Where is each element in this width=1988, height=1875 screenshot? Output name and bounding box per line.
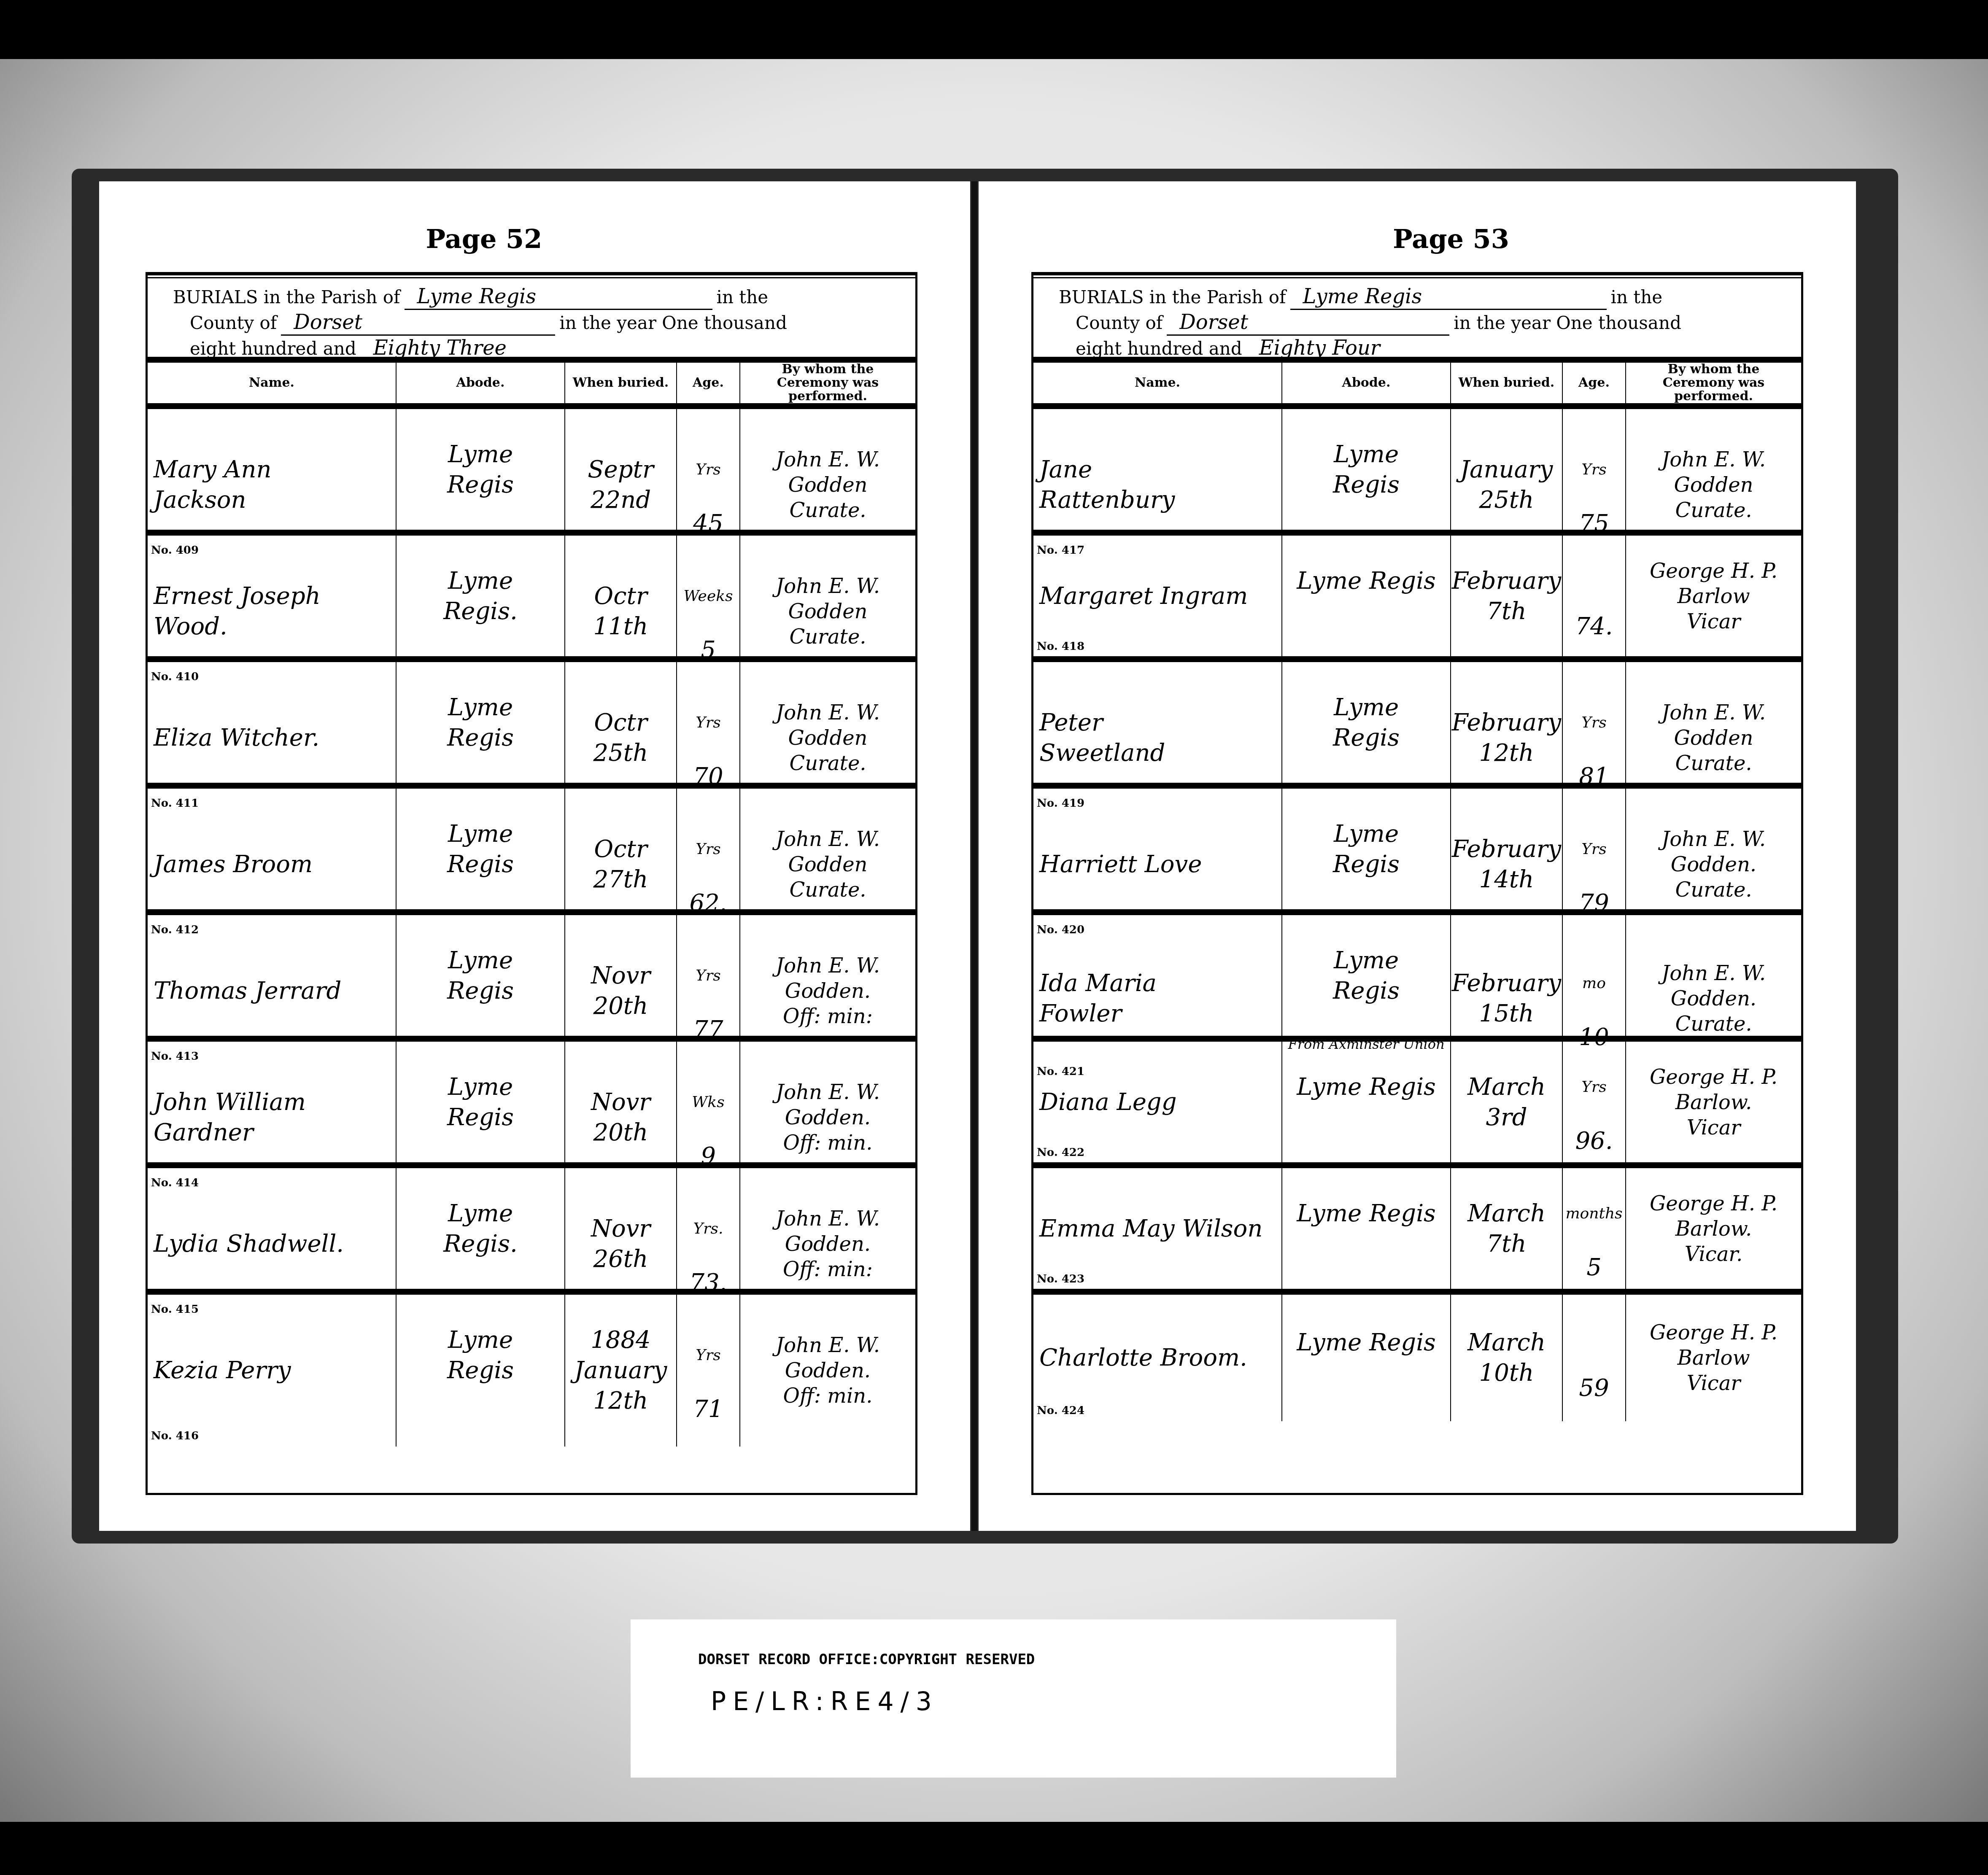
abode-text: Lyme Regis (1333, 692, 1400, 753)
table-row: Thomas Jerrard No. 413 Lyme Regis Novr 2… (148, 915, 915, 1042)
name-text: Jane Rattenbury (1039, 455, 1175, 515)
entry-number: No. 416 (151, 1430, 199, 1441)
parish-label: BURIALS in the Parish of (1059, 285, 1286, 310)
entries: Jane Rattenbury No. 417 Lyme Regis Janua… (1033, 409, 1801, 1421)
officiant-text: John E. W. Godden Curate. (776, 447, 880, 523)
table-row: Peter Sweetland No. 419 Lyme Regis Febru… (1033, 662, 1801, 789)
age-unit: Yrs (689, 841, 727, 858)
page-53: Page 53 BURIALS in the Parish of Lyme Re… (979, 181, 1856, 1531)
date-text: February 7th (1452, 566, 1561, 627)
abode-text: Lyme Regis (1333, 819, 1400, 880)
age-unit: Yrs (693, 461, 723, 478)
col-name: Name. (1033, 363, 1282, 403)
abode-text: Lyme Regis (1297, 1328, 1436, 1358)
burial-date: March 3rd (1451, 1042, 1563, 1163)
burial-age: 59 (1563, 1295, 1626, 1421)
abode-text: Lyme Regis. (443, 566, 518, 627)
name-text: Margaret Ingram (1039, 581, 1248, 612)
burial-age: Yrs 71 (677, 1295, 740, 1447)
age-value: 96. (1575, 1127, 1613, 1155)
age-unit: Yrs. (689, 1220, 727, 1237)
eight-hundred-label: eight hundred and (190, 337, 356, 361)
abode-text: Lyme Regis (1333, 439, 1400, 500)
burial-abode: Lyme Regis (1282, 1042, 1451, 1163)
age-value: 5 (701, 636, 716, 664)
age-unit: Yrs (1575, 1079, 1613, 1096)
col-abode: Abode. (1282, 363, 1451, 403)
officiant-text: George H. P. Barlow. Vicar (1650, 1064, 1778, 1140)
age-value: 74. (1575, 613, 1613, 640)
date-text: February 12th (1452, 708, 1561, 768)
year-label: in the year One thousand (1454, 311, 1681, 335)
date-text: January 25th (1460, 455, 1553, 515)
age-value: 81 (1579, 763, 1609, 790)
name-text: Harriett Love (1039, 849, 1202, 880)
age-unit: Wks (692, 1094, 724, 1111)
name-text: Thomas Jerrard (154, 976, 341, 1006)
abode-text: Lyme Regis (447, 819, 514, 880)
entries: Mary Ann Jackson No. 409 Lyme Regis Sept… (148, 409, 915, 1421)
age-unit: Yrs (693, 967, 723, 984)
officiant-text: John E. W. Godden Curate. (776, 700, 880, 776)
burial-name: Emma May Wilson No. 423 (1033, 1168, 1282, 1290)
officiant-text: John E. W. Godden Curate. (776, 574, 880, 649)
col-age: Age. (1563, 363, 1626, 403)
table-row: Emma May Wilson No. 423 Lyme Regis March… (1033, 1168, 1801, 1295)
col-age: Age. (677, 363, 740, 403)
page-number: Page 53 (1012, 224, 1890, 254)
name-text: John William Gardner (154, 1087, 306, 1148)
age-value: 45 (693, 510, 723, 537)
age-value: 71 (693, 1395, 723, 1423)
burial-age: 74. (1563, 536, 1626, 657)
archive-label-card: DORSET RECORD OFFICE:COPYRIGHT RESERVED … (631, 1619, 1396, 1778)
name-text: Ida Maria Fowler (1039, 968, 1157, 1029)
year-words-value: Eighty Three (361, 336, 559, 361)
officiant-text: George H. P. Barlow Vicar (1650, 1320, 1778, 1396)
entry-number: No. 424 (1037, 1405, 1084, 1416)
name-text: Kezia Perry (154, 1355, 291, 1386)
parish-value: Lyme Regis (1290, 284, 1607, 310)
date-text: February 15th (1452, 968, 1561, 1029)
age-unit: Weeks (684, 588, 733, 605)
name-text: James Broom (154, 849, 313, 880)
table-row: Mary Ann Jackson No. 409 Lyme Regis Sept… (148, 409, 915, 536)
abode-text: Lyme Regis (1297, 1072, 1436, 1102)
burial-date: February 7th (1451, 536, 1563, 657)
name-text: Mary Ann Jackson (154, 455, 272, 515)
officiant-text: John E. W. Godden. Curate. (1662, 961, 1766, 1037)
county-label: County of (190, 311, 277, 335)
age-unit: Yrs (693, 1347, 723, 1364)
in-the-label: in the (1611, 285, 1663, 310)
date-text: Septr 22nd (588, 455, 654, 515)
date-text: March 7th (1467, 1199, 1546, 1259)
officiant-text: John E. W. Godden Curate. (1662, 447, 1766, 523)
table-row: John William Gardner No. 414 Lyme Regis … (148, 1042, 915, 1168)
burial-abode: Lyme Regis (1282, 1295, 1451, 1421)
name-text: Emma May Wilson (1039, 1214, 1262, 1244)
age-unit: Yrs (1579, 461, 1609, 478)
parish-value: Lyme Regis (405, 284, 712, 310)
burial-officiant: George H. P. Barlow Vicar (1626, 1295, 1801, 1421)
burial-abode: Lyme Regis (1282, 1168, 1451, 1290)
officiant-text: George H. P. Barlow Vicar (1650, 558, 1778, 634)
abode-text: Lyme Regis. (443, 1199, 518, 1259)
age-value: 59 (1579, 1374, 1609, 1402)
abode-text: Lyme Regis (447, 692, 514, 753)
abode-text: Lyme Regis (447, 1072, 514, 1133)
burial-name: Charlotte Broom. No. 424 (1033, 1295, 1282, 1421)
entry-number: No. 422 (1037, 1147, 1084, 1158)
table-row: Lydia Shadwell. No. 415 Lyme Regis. Novr… (148, 1168, 915, 1295)
page-number: Page 52 (49, 224, 920, 254)
table-row: Diana Legg No. 422 Lyme Regis March 3rd … (1033, 1042, 1801, 1168)
col-ceremony: By whom the Ceremony was performed. (1626, 363, 1801, 403)
burial-officiant: George H. P. Barlow. Vicar (1626, 1042, 1801, 1163)
burial-name: Kezia Perry No. 416 (148, 1295, 397, 1447)
abode-text: Lyme Regis (447, 946, 514, 1006)
date-text: Octr 11th (593, 581, 648, 642)
archive-reference: PE/LR:RE4/3 (711, 1687, 939, 1716)
col-abode: Abode. (397, 363, 565, 403)
name-text: Eliza Witcher. (154, 723, 319, 753)
age-value: 75 (1579, 510, 1609, 537)
burial-age: Yrs 96. (1563, 1042, 1626, 1163)
age-unit: Yrs (693, 714, 723, 731)
officiant-text: George H. P. Barlow. Vicar. (1650, 1191, 1778, 1267)
officiant-text: John E. W. Godden. Off: min. (776, 1080, 880, 1156)
date-text: Novr 20th (591, 1087, 650, 1148)
burial-register-table: BURIALS in the Parish of Lyme Regis in t… (1031, 272, 1803, 1495)
table-row: Kezia Perry No. 416 Lyme Regis 1884 Janu… (148, 1295, 915, 1421)
table-row: Margaret Ingram No. 418 Lyme Regis Febru… (1033, 536, 1801, 662)
age-unit: mo (1579, 975, 1609, 992)
burial-abode: Lyme Regis (1282, 536, 1451, 657)
burial-date: 1884 January 12th (565, 1295, 677, 1447)
table-row: Eliza Witcher. No. 411 Lyme Regis Octr 2… (148, 662, 915, 789)
burial-officiant: George H. P. Barlow. Vicar. (1626, 1168, 1801, 1290)
parish-label: BURIALS in the Parish of (173, 285, 400, 310)
burial-name: Margaret Ingram No. 418 (1033, 536, 1282, 657)
table-row: Charlotte Broom. No. 424 Lyme Regis Marc… (1033, 1295, 1801, 1421)
col-ceremony: By whom the Ceremony was performed. (740, 363, 915, 403)
col-name: Name. (148, 363, 397, 403)
abode-text: Lyme Regis (1297, 1199, 1436, 1229)
table-row: Harriett Love No. 420 Lyme Regis Februar… (1033, 789, 1801, 915)
burial-register-table: BURIALS in the Parish of Lyme Regis in t… (146, 272, 917, 1495)
table-row: Ida Maria Fowler No. 421 Lyme Regis From… (1033, 915, 1801, 1042)
date-text: Octr 25th (593, 708, 648, 768)
officiant-text: John E. W. Godden Curate. (776, 827, 880, 902)
year-label: in the year One thousand (559, 311, 787, 335)
name-text: Charlotte Broom. (1039, 1343, 1247, 1373)
abode-text: Lyme Regis (1297, 566, 1436, 596)
register-heading: BURIALS in the Parish of Lyme Regis in t… (148, 274, 915, 363)
officiant-text: John E. W. Godden. Off: min: (776, 1206, 880, 1282)
name-text: Diana Legg (1039, 1087, 1176, 1118)
date-text: Octr 27th (593, 834, 648, 895)
date-text: February 14th (1452, 834, 1561, 895)
burial-name: Diana Legg No. 422 (1033, 1042, 1282, 1163)
age-unit: Yrs (1579, 714, 1609, 731)
abode-text: Lyme Regis (1288, 946, 1445, 1006)
officiant-text: John E. W. Godden. Curate. (1662, 827, 1766, 902)
name-text: Ernest Joseph Wood. (154, 581, 321, 642)
date-text: Novr 26th (591, 1214, 650, 1274)
register-heading: BURIALS in the Parish of Lyme Regis in t… (1033, 274, 1801, 363)
burial-officiant: John E. W. Godden. Off: min. (740, 1295, 915, 1447)
date-text: March 10th (1467, 1328, 1546, 1388)
table-row: Jane Rattenbury No. 417 Lyme Regis Janua… (1033, 409, 1801, 536)
age-value: 9 (701, 1142, 716, 1170)
entry-number: No. 423 (1037, 1274, 1084, 1285)
table-row: James Broom No. 412 Lyme Regis Octr 27th… (148, 789, 915, 915)
date-text: 1884 January 12th (575, 1325, 667, 1416)
eight-hundred-label: eight hundred and (1076, 337, 1242, 361)
burial-officiant: George H. P. Barlow Vicar (1626, 536, 1801, 657)
county-value: Dorset (1167, 310, 1449, 336)
burial-date: March 7th (1451, 1168, 1563, 1290)
burial-date: March 10th (1451, 1295, 1563, 1421)
abode-text: Lyme Regis (447, 1325, 514, 1386)
col-when-buried: When buried. (565, 363, 677, 403)
abode-text: Lyme Regis (447, 439, 514, 500)
name-text: Peter Sweetland (1039, 708, 1165, 768)
name-text: Lydia Shadwell. (154, 1229, 344, 1259)
column-headers: Name. Abode. When buried. Age. By whom t… (1033, 363, 1801, 409)
book-gutter (971, 181, 977, 1531)
age-value: 5 (1586, 1254, 1602, 1281)
age-value: 62. (689, 889, 727, 917)
age-value: 70 (693, 763, 723, 790)
age-value: 73. (689, 1269, 727, 1296)
age-value: 79 (1579, 889, 1609, 917)
county-value: Dorset (281, 310, 555, 336)
year-words-value: Eighty Four (1246, 336, 1436, 361)
date-text: Novr 20th (591, 961, 650, 1021)
record-office-notice: DORSET RECORD OFFICE:COPYRIGHT RESERVED (698, 1651, 1035, 1668)
officiant-text: John E. W. Godden Curate. (1662, 700, 1766, 776)
page-52: Page 52 BURIALS in the Parish of Lyme Re… (99, 181, 970, 1531)
burial-age: months 5 (1563, 1168, 1626, 1290)
age-unit: months (1565, 1205, 1622, 1222)
col-when-buried: When buried. (1451, 363, 1563, 403)
officiant-text: John E. W. Godden. Off: min: (776, 953, 880, 1029)
entry-number: No. 418 (1037, 641, 1084, 652)
column-headers: Name. Abode. When buried. Age. By whom t… (148, 363, 915, 409)
officiant-text: John E. W. Godden. Off: min. (776, 1333, 880, 1409)
in-the-label: in the (717, 285, 769, 310)
county-label: County of (1076, 311, 1163, 335)
burial-abode: Lyme Regis (397, 1295, 565, 1447)
date-text: March 3rd (1467, 1072, 1546, 1133)
table-row: Ernest Joseph Wood. No. 410 Lyme Regis. … (148, 536, 915, 662)
age-unit: Yrs (1579, 841, 1609, 858)
age-value: 77 (693, 1016, 723, 1043)
